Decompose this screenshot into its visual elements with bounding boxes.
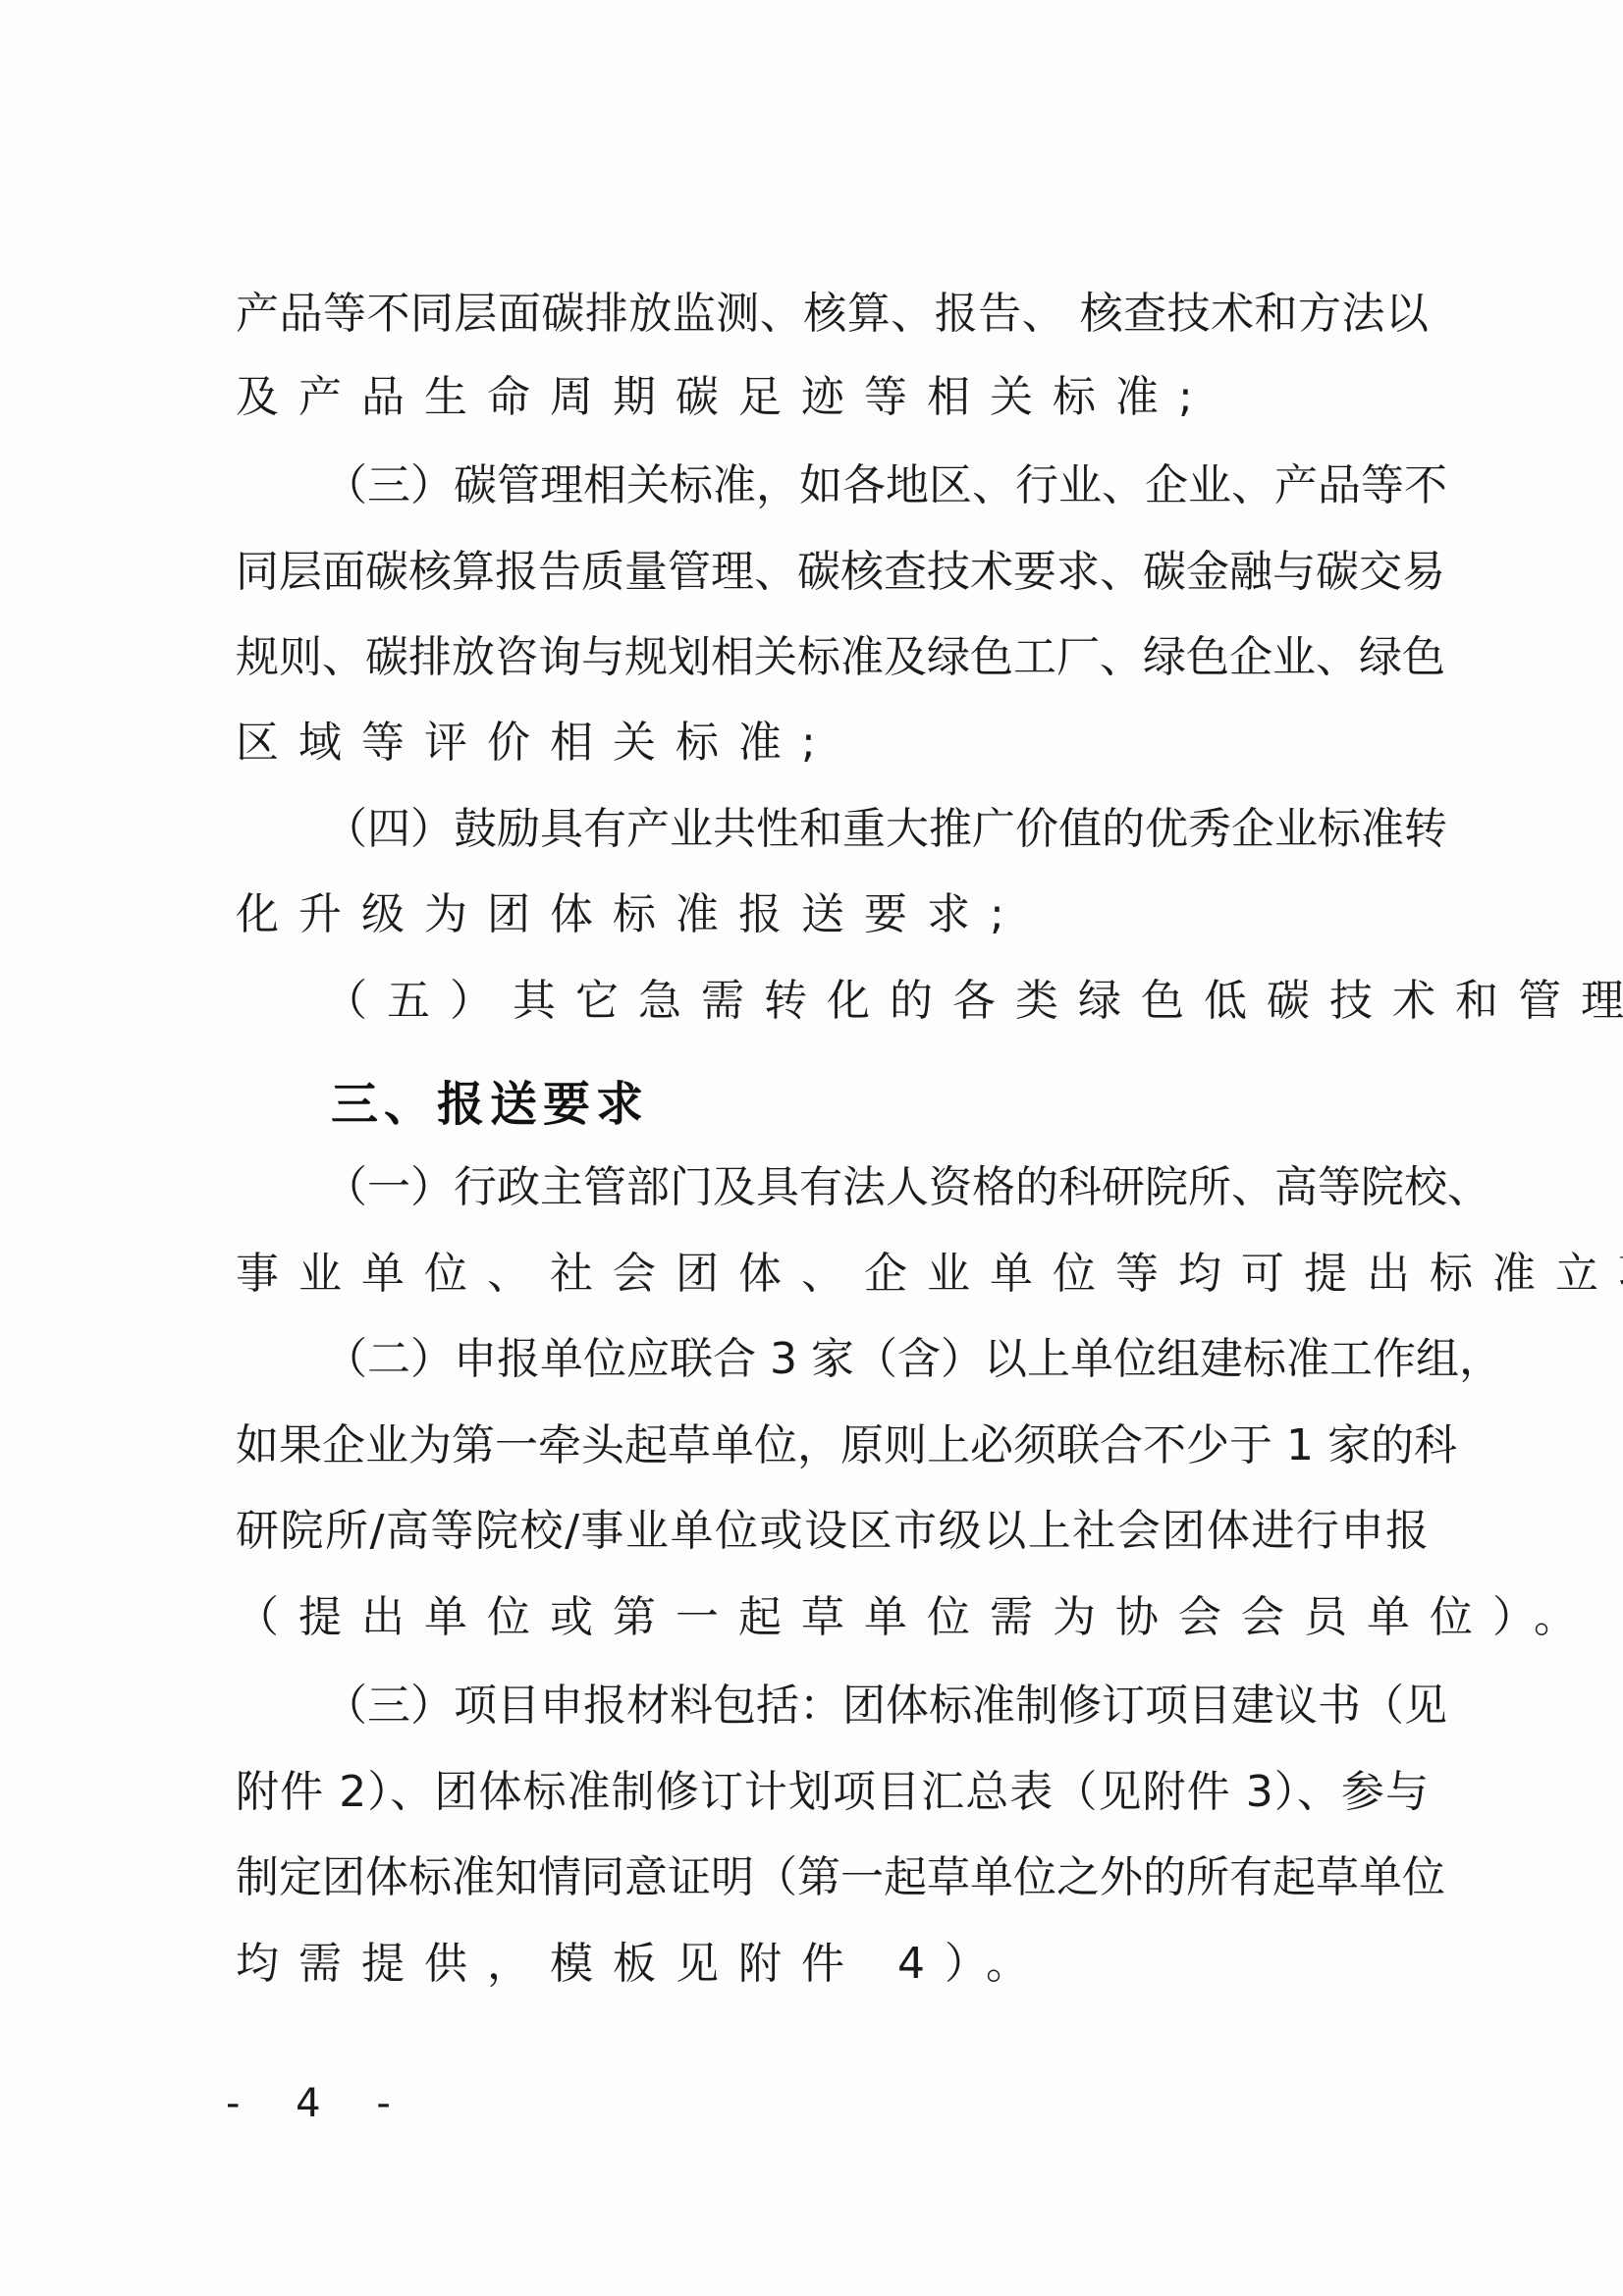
page-number: - 4 - [226,2079,412,2128]
paragraph-line: 化升级为团体标准报送要求; [236,885,1429,944]
paragraph-line: 事业单位、社会团体、企业单位等均可提出标准立项申请。 [236,1245,1429,1304]
paragraph-line: 制定团体标准知情同意证明（第一起草单位之外的所有起草单位 [236,1848,1429,1907]
section-heading: 三、报送要求 [331,1073,649,1136]
document-page: 产品等不同层面碳排放监测、核算、报告、 核查技术和方法以 及产品生命周期碳足迹等… [0,0,1623,2296]
paragraph-line: （一）行政主管部门及具有法人资格的科研院所、高等院校、 [324,1158,1429,1217]
paragraph-line: （二）申报单位应联合 3 家（含）以上单位组建标准工作组， [324,1330,1429,1389]
paragraph-line: （提出单位或第一起草单位需为协会会员单位）。 [236,1588,1429,1647]
paragraph-line: 及产品生命周期碳足迹等相关标准; [236,368,1429,427]
paragraph-line: 研院所/高等院校/事业单位或设区市级以上社会团体进行申报 [236,1502,1429,1561]
paragraph-line: 同层面碳核算报告质量管理、碳核查技术要求、碳金融与碳交易 [236,543,1429,602]
paragraph-line: （四）鼓励具有产业共性和重大推广价值的优秀企业标准转 [324,800,1429,859]
paragraph-line: 产品等不同层面碳排放监测、核算、报告、 核查技术和方法以 [236,285,1429,344]
paragraph-line: （三）项目申报材料包括：团体标准制修订项目建议书（见 [324,1677,1429,1735]
paragraph-line: 附件 2）、团体标准制修订计划项目汇总表（见附件 3）、参与 [236,1763,1429,1822]
paragraph-line: 如果企业为第一牵头起草单位，原则上必须联合不少于 1 家的科 [236,1416,1429,1475]
paragraph-line: （五）其它急需转化的各类绿色低碳技术和管理标准。 [324,972,1429,1031]
paragraph-line: 均需提供，模板见附件 4）。 [236,1935,1429,1994]
paragraph-line: （三）碳管理相关标准，如各地区、行业、企业、产品等不 [324,456,1429,515]
paragraph-line: 区域等评价相关标准; [236,714,1429,773]
paragraph-line: 规则、碳排放咨询与规划相关标准及绿色工厂、绿色企业、绿色 [236,628,1429,687]
